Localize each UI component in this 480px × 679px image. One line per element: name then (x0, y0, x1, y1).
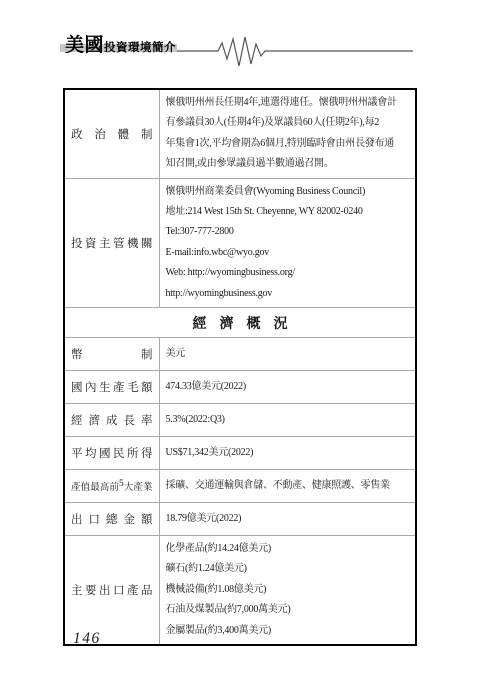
table-row: 政治體制懷俄明州州長任期4年,連選得連任。懷俄明州州議會計有參議員30人(任期4… (64, 89, 416, 178)
content-line: http://wyomingbusiness.gov (166, 284, 413, 304)
page-title: 美國投資環境簡介 (65, 36, 176, 55)
table-row: 出口總金額18.79億美元(2022) (64, 503, 416, 536)
section-row: 經濟概況 (64, 308, 416, 338)
content-line: 採礦、交通運輸與倉儲、不動產、健康照護、零售業 (166, 476, 413, 496)
content-line: 金屬製品(約3,400萬美元) (166, 621, 413, 641)
page-title-sub: 投資環境簡介 (104, 43, 176, 55)
row-label: 平均國民所得 (64, 437, 159, 470)
table-row: 經濟成長率5.3%(2022:Q3) (64, 404, 416, 437)
row-content: 化學產品(約14.24億美元)礦石(約1.24億美元)機械設備(約1.08億美元… (159, 536, 416, 646)
row-label: 幣制 (64, 338, 159, 371)
row-label: 出口總金額 (64, 503, 159, 536)
document-page: 美國投資環境簡介 政治體制懷俄明州州長任期4年,連選得連任。懷俄明州州議會計有參… (0, 0, 480, 679)
content-line: 5.3%(2022:Q3) (166, 410, 413, 430)
content-line: 地址:214 West 15th St. Cheyenne, WY 82002-… (166, 202, 413, 222)
table-row: 國內生產毛額474.33億美元(2022) (64, 371, 416, 404)
content-line: 有參議員30人(任期4年)及眾議員60人(任期2年),每2 (166, 113, 413, 133)
table-row: 主要出口產品化學產品(約14.24億美元)礦石(約1.24億美元)機械設備(約1… (64, 536, 416, 646)
row-content: 懷俄明州州長任期4年,連選得連任。懷俄明州州議會計有參議員30人(任期4年)及眾… (159, 89, 416, 178)
info-table: 政治體制懷俄明州州長任期4年,連選得連任。懷俄明州州議會計有參議員30人(任期4… (63, 88, 417, 646)
row-label: 國內生產毛額 (64, 371, 159, 404)
content-line: 年集會1次,平均會期為6個月,特別臨時會由州長發布通 (166, 134, 413, 154)
content-line: 18.79億美元(2022) (166, 509, 413, 529)
row-label: 經濟成長率 (64, 404, 159, 437)
row-label: 產值最高前5大產業 (64, 470, 159, 503)
section-title: 經濟概況 (64, 308, 416, 338)
row-content: 美元 (159, 338, 416, 371)
page-number: 146 (73, 630, 101, 648)
content-line: US$71,342美元(2022) (166, 443, 413, 463)
content-line: 懷俄明州商業委員會(Wyoming Business Council) (166, 182, 413, 202)
row-content: 18.79億美元(2022) (159, 503, 416, 536)
row-content: 474.33億美元(2022) (159, 371, 416, 404)
row-content: 5.3%(2022:Q3) (159, 404, 416, 437)
content-line: 石油及煤製品(約7,000萬美元) (166, 600, 413, 620)
row-content: US$71,342美元(2022) (159, 437, 416, 470)
content-line: E-mail:info.wbc@wyo.gov (166, 243, 413, 263)
table-row: 產值最高前5大產業採礦、交通運輸與倉儲、不動產、健康照護、零售業 (64, 470, 416, 503)
page-title-main: 美國 (65, 36, 104, 55)
content-line: Tel:307-777-2800 (166, 222, 413, 242)
row-label: 政治體制 (64, 89, 159, 178)
content-line: 礦石(約1.24億美元) (166, 559, 413, 579)
title-banner: 美國投資環境簡介 (60, 44, 177, 52)
content-line: 美元 (166, 344, 413, 364)
content-line: 474.33億美元(2022) (166, 377, 413, 397)
content-line: Web: http://wyomingbusiness.org/ (166, 263, 413, 283)
row-label: 投資主管機關 (64, 178, 159, 307)
table-row: 幣制美元 (64, 338, 416, 371)
table-row: 平均國民所得US$71,342美元(2022) (64, 437, 416, 470)
content-line: 化學產品(約14.24億美元) (166, 539, 413, 559)
content-line: 懷俄明州州長任期4年,連選得連任。懷俄明州州議會計 (166, 93, 413, 113)
info-table-body: 政治體制懷俄明州州長任期4年,連選得連任。懷俄明州州議會計有參議員30人(任期4… (64, 89, 416, 645)
content-line: 知召開,或由參眾議員過半數通過召開。 (166, 154, 413, 174)
table-row: 投資主管機關懷俄明州商業委員會(Wyoming Business Council… (64, 178, 416, 307)
row-content: 採礦、交通運輸與倉儲、不動產、健康照護、零售業 (159, 470, 416, 503)
content-line: 機械設備(約1.08億美元) (166, 580, 413, 600)
row-content: 懷俄明州商業委員會(Wyoming Business Council)地址:21… (159, 178, 416, 307)
row-label: 主要出口產品 (64, 536, 159, 646)
